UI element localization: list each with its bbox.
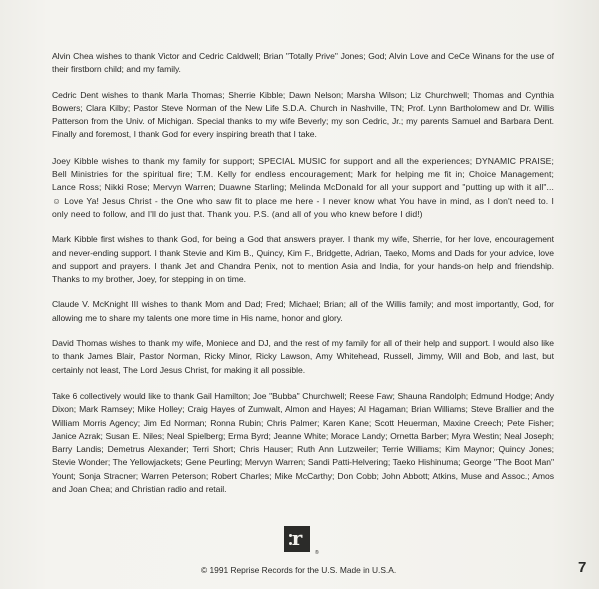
logo-glyph: r: [292, 528, 303, 548]
reprise-records-logo-icon: r: [284, 526, 310, 552]
copyright-notice: © 1991 Reprise Records for the U.S. Made…: [201, 565, 396, 575]
acknowledgement-alvin-chea: Alvin Chea wishes to thank Victor and Ce…: [52, 50, 554, 77]
acknowledgement-mark-kibble: Mark Kibble first wishes to thank God, f…: [52, 233, 554, 286]
acknowledgement-joey-kibble: Joey Kibble wishes to thank my family fo…: [52, 155, 554, 221]
acknowledgement-take-6: Take 6 collectively would like to thank …: [52, 390, 554, 496]
acknowledgement-claude-mcknight: Claude V. McKnight III wishes to thank M…: [52, 298, 554, 325]
liner-notes-acknowledgements: Alvin Chea wishes to thank Victor and Ce…: [52, 50, 554, 509]
acknowledgement-david-thomas: David Thomas wishes to thank my wife, Mo…: [52, 337, 554, 377]
acknowledgement-cedric-dent: Cedric Dent wishes to thank Marla Thomas…: [52, 89, 554, 142]
registered-mark: ®: [315, 550, 319, 556]
logo-dots: [289, 534, 292, 545]
page-number: 7: [578, 559, 586, 576]
